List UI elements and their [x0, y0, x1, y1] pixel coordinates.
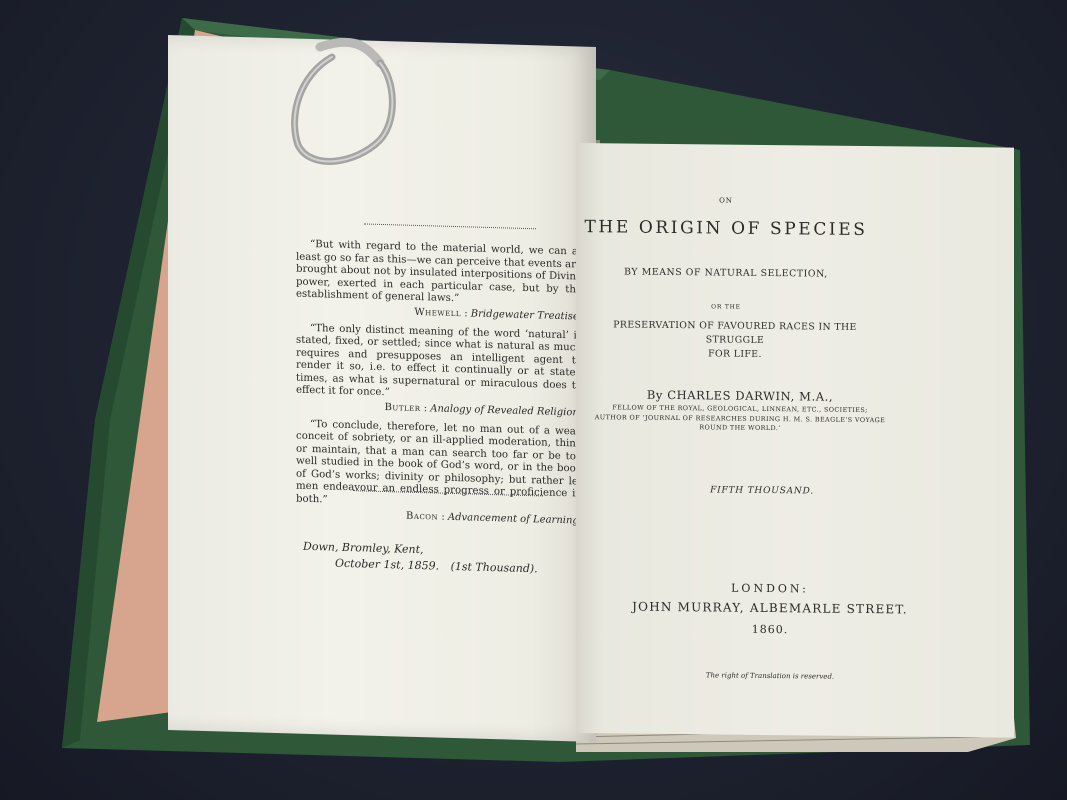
publisher-city: LONDON:	[620, 575, 920, 597]
right-page-title-page: ON THE ORIGIN OF SPECIES BY MEANS OF NAT…	[576, 143, 1014, 738]
book-title: THE ORIGIN OF SPECIES	[576, 217, 876, 240]
imprint-block: Down, Bromley, Kent, October 1st, 1859. …	[303, 539, 583, 579]
edition-line: FIFTH THOUSAND.	[612, 476, 912, 498]
title-on: ON	[576, 186, 876, 208]
or-the: OR THE	[576, 292, 876, 314]
rights-notice: The right of Translation is reserved.	[620, 661, 920, 683]
paper-clip-icon	[280, 35, 410, 175]
top-rule	[364, 223, 536, 229]
quote-butler: “The only distinct meaning of the word ‘…	[296, 322, 582, 405]
author-line: By CHARLES DARWIN, M.A.,	[590, 383, 890, 405]
publication-year: 1860.	[620, 616, 920, 638]
quotations-block: “But with regard to the material world, …	[296, 239, 582, 535]
subtitle: BY MEANS OF NATURAL SELECTION,	[576, 259, 876, 281]
preservation-line: PRESERVATION OF FAVOURED RACES IN THE ST…	[590, 318, 880, 363]
quote-whewell: “But with regard to the material world, …	[296, 239, 582, 309]
publisher-name: JOHN MURRAY, ALBEMARLE STREET.	[620, 595, 920, 617]
quote-bacon: “To conclude, therefore, let no man out …	[296, 418, 582, 513]
author-credentials: FELLOW OF THE ROYAL, GEOLOGICAL, LINNEAN…	[590, 403, 890, 435]
